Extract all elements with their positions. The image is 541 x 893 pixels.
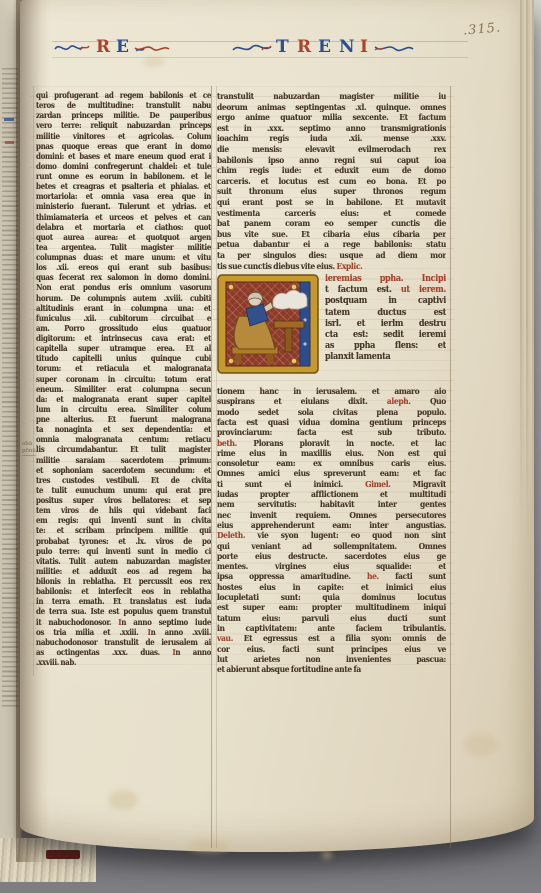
text-line: porte eius destructe. sacerdotes eius ge xyxy=(217,551,446,561)
text-line: zardan princeps militie. De pauperibus xyxy=(36,111,211,121)
body-text: lut arietes non invenientes pascua: xyxy=(217,654,446,664)
body-text: modo sedet sola civitas plena populo. xyxy=(217,407,446,417)
body-text: porte eius destructe. sacerdotes eius ge xyxy=(217,551,446,561)
body-text: tatem ductus est xyxy=(325,308,446,318)
text-line: nem servitutis: habitavit inter gentes xyxy=(217,499,446,509)
header-letter: T xyxy=(276,34,289,60)
text-line: mentes. virgines eius squalide: et xyxy=(217,561,446,571)
body-text: provinciarum: facta est sub tributo. xyxy=(217,427,446,437)
body-text: tea argentea. Tulit magister militie xyxy=(36,243,211,252)
text-line: titudo capitelli unius quinque cubi xyxy=(36,354,211,364)
body-text: facta est quasi vidua domina gentium pri… xyxy=(217,417,446,427)
text-line: suspirans et eiulans dixit. aleph. Quo xyxy=(217,396,446,406)
body-text: as ppha flens: et xyxy=(325,341,446,351)
body-text: bilonis in reblatha. Et percussit eos re… xyxy=(36,577,211,586)
vertical-ruling-line xyxy=(33,86,34,676)
body-text: lum in circuitu erea. Similiter colum xyxy=(36,405,211,414)
body-text: suspirans et eiulans dixit. xyxy=(217,396,387,406)
body-text: ta nonaginta et sex dependentia: et xyxy=(36,425,211,434)
body-text: betes et creagras et psalteria et phiala… xyxy=(36,182,211,191)
body-text: thimiamateria et urceos et pelves et can xyxy=(36,213,211,222)
body-text: ministerio fuerant. Tulerunt et ydrias. … xyxy=(36,202,211,211)
text-line: ministerio fuerant. Tulerunt et ydrias. … xyxy=(36,202,211,212)
text-line: est super eam: propter multitudinem iniq… xyxy=(217,602,446,612)
text-line: nec invenit requiem. Omnes persecutores xyxy=(217,510,446,520)
text-line: consoletur eam: ex omnibus caris eius. xyxy=(217,458,446,468)
text-line: qui veniant ad sollempnitatem. Omnes xyxy=(217,541,446,551)
body-text: nec invenit requiem. Omnes persecutores xyxy=(217,510,446,520)
rubric-text: Explic. xyxy=(336,261,362,271)
text-line: probabat tyrones: et .lx. viros de po xyxy=(36,537,211,547)
text-line: te tulit eunuchum unum: qui erat pre xyxy=(36,486,211,496)
body-text: zardan princeps militie. De pauperibus xyxy=(36,111,211,120)
body-text: in captivitatem: ante faciem tribulantis… xyxy=(217,623,446,633)
body-text: deorum animas septingentas .xl. quinque.… xyxy=(217,102,446,112)
body-text: .xxviii. nab. xyxy=(36,658,76,667)
text-line: babilonis: et interfecit eos in reblatha xyxy=(36,587,211,597)
text-line: provinciarum: facta est sub tributo. xyxy=(217,427,446,437)
text-line: bus vite sue. Et cibaria eius cibaria pe… xyxy=(217,229,446,240)
body-text: carceris. et locutus est cum eo bona. Et… xyxy=(217,176,446,186)
text-line: vestimenta carceris eius: et comede xyxy=(217,208,446,219)
text-line: Deleth. vie syon lugent: eo quod non sin… xyxy=(217,530,446,540)
body-text: vero terre: reliquit nabuzardan princeps xyxy=(36,121,211,130)
body-text: iudas propter afflictionem et multitudi xyxy=(217,489,446,499)
text-line: em regis: qui inventi sunt in civita xyxy=(36,516,211,526)
historiated-initial-E-icon xyxy=(217,274,319,374)
running-header: RE TRENI xyxy=(0,34,541,64)
body-text: est in .xxx. septimo anno transmigration… xyxy=(217,123,446,133)
body-text: facti sunt xyxy=(379,571,446,581)
text-line: digitorum: et intrinsecus cava erat: et xyxy=(36,334,211,344)
header-letter: R xyxy=(96,34,110,60)
body-text: cta est: sedit ieremi xyxy=(325,330,446,340)
body-text: consoletur eam: ex omnibus caris eius. xyxy=(217,458,446,468)
body-text: ergo anime quatuor milia sexcente. Et fa… xyxy=(217,112,446,122)
body-text: rime eius in maxillis eius. Non est qui xyxy=(217,448,446,458)
body-text: os tria milia et .xxiii. xyxy=(36,628,148,637)
body-text: pne alterius. Et fuerunt malograna xyxy=(36,415,211,424)
text-line: vero terre: reliquit nabuzardan princeps xyxy=(36,121,211,131)
text-line: ipsa oppressa amaritudine. he. facti sun… xyxy=(217,571,446,581)
body-text: qui profugerant ad regem babilonis et ce xyxy=(36,91,211,100)
text-line: columpnas duas: et mare unum: et vitu xyxy=(36,253,211,263)
body-text: ioachim regis iuda .xii. mense .xxv. xyxy=(217,133,446,143)
text-line: carceris. et locutus est cum eo bona. Et… xyxy=(217,176,446,187)
body-text: bus vite sue. Et cibaria eius cibaria pe… xyxy=(217,229,446,239)
text-line: die mensis: elevavit evilmerodach rex xyxy=(217,144,446,155)
body-text: te tulit eunuchum unum: qui erat pre xyxy=(36,486,211,495)
text-line: ergo anime quatuor milia sexcente. Et fa… xyxy=(217,112,446,123)
header-letter: N xyxy=(339,34,355,60)
header-flourish-icon xyxy=(374,40,414,56)
text-line: tea argentea. Tulit magister militie xyxy=(36,243,211,253)
body-text: quas fecerat rex salomon in domo domini. xyxy=(36,273,211,282)
text-line: altitudinis erant in columpna una: et xyxy=(36,304,211,314)
body-text: militie saraiam sacerdotem primum: xyxy=(36,456,211,465)
rubric-text: ut ierem. xyxy=(401,285,446,295)
rubric-text: ieremias ppha. Incipi xyxy=(325,274,446,284)
body-text: die mensis: elevavit evilmerodach rex xyxy=(217,144,446,154)
body-text: it nabuchodonosor. xyxy=(36,618,118,627)
header-flourish-icon xyxy=(232,40,272,56)
body-text: transtulit nabuzardan magister militie i… xyxy=(217,91,446,101)
text-line: teros de multitudine: transtulit nabu xyxy=(36,101,211,111)
rubric-text: beth. xyxy=(217,438,237,448)
text-line: beth. Plorans ploravit in nocte. et lac xyxy=(217,438,446,448)
text-line: iudas propter afflictionem et multitudi xyxy=(217,489,446,499)
body-text: nem servitutis: habitavit inter gentes xyxy=(217,499,446,509)
text-line: modo sedet sola civitas plena populo. xyxy=(217,407,446,417)
body-text: n anno xyxy=(175,648,211,657)
text-line: suit thronum eius super thronos regum xyxy=(217,186,446,197)
body-text: capitella super utramque erea. Et al xyxy=(36,344,211,353)
text-line: los .xii. ereos qui erant sub basibus: xyxy=(36,263,211,273)
body-text: eneum. Similiter erat columpna secun xyxy=(36,385,211,394)
text-line: bilonis in reblatha. Et percussit eos re… xyxy=(36,577,211,587)
body-text: mentes. virgines eius squalide: et xyxy=(217,561,446,571)
body-text: positus super viros bellatores: et sep xyxy=(36,496,211,505)
text-line: bat panem coram eo semper cunctis die xyxy=(217,218,446,229)
text-line: et sophoniam sacerdotem secundum: et xyxy=(36,466,211,476)
body-text: bat panem coram eo semper cunctis die xyxy=(217,218,446,228)
text-line: vitatis. Tulit autem nabuzardan magister xyxy=(36,557,211,567)
header-flourish-icon xyxy=(54,40,90,56)
text-line: super coronam in circuitu: totum erat xyxy=(36,375,211,385)
body-text: tatum eius: parvuli eius ducti sunt xyxy=(217,613,446,623)
body-text: tis sue cunctis diebus vite eius. xyxy=(217,261,336,271)
text-line: da: et malogranata erant super capitel xyxy=(36,395,211,405)
text-line: quot aurea aurea: et quotquot argen xyxy=(36,233,211,243)
body-text: qui veniant ad sollempnitatem. Omnes xyxy=(217,541,446,551)
text-line: nabuchodonosor transtulit de ierusalem a… xyxy=(36,638,211,648)
body-text: isrl. et ierlm destru xyxy=(325,319,446,329)
body-text: de terra sua. Iste est populus quem tran… xyxy=(36,607,211,616)
text-line: ti sunt ei inimici. Gimel. Migravit xyxy=(217,479,446,489)
body-text: locupletati sunt: quia dominus locutus xyxy=(217,592,446,602)
text-line: as octingentas .xxx. duas. In anno xyxy=(36,648,211,658)
body-text: tres custodes vestibuli. Et de civita xyxy=(36,476,211,485)
text-line: qui erant post se in babilone. Et mutavi… xyxy=(217,197,446,208)
manuscript-photo: RE TRENI .315. qui profugerant ad regem … xyxy=(0,0,541,893)
body-text: et abierunt absque fortitudine ante fa xyxy=(217,664,361,674)
body-text: ta per singulos dies: usque ad diem mor xyxy=(217,250,446,260)
body-text: titudo capitelli unius quinque cubi xyxy=(36,354,211,363)
body-text: quot aurea aurea: et quotquot argen xyxy=(36,233,211,242)
body-text: mortariola: et omnia vasa erea que in xyxy=(36,192,211,201)
text-line: betes et creagras et psalteria et phiala… xyxy=(36,182,211,192)
text-line: .xxviii. nab. xyxy=(36,658,211,668)
header-flourish-icon xyxy=(134,40,170,56)
text-line: horum. De columpnis autem .xviii. cubiti xyxy=(36,294,211,304)
body-text: lis circumdabantur. Et tulit magister xyxy=(36,445,211,454)
body-text: postquam in captivi xyxy=(325,296,446,306)
body-text: super coronam in circuitu: totum erat xyxy=(36,375,211,384)
vertical-ruling-line xyxy=(450,86,451,848)
text-line: mortariola: et omnia vasa erea que in xyxy=(36,192,211,202)
text-line: militie vinitores et agricolas. Colum xyxy=(36,132,211,142)
text-line: hostes eius in capite: et inimici eius xyxy=(217,582,446,592)
text-line: rime eius in maxillis eius. Non est qui xyxy=(217,448,446,458)
body-text: Omnes amici eius spreverunt eam: et fac xyxy=(217,468,446,478)
text-line: omnia malogranata centum: retiacu xyxy=(36,435,211,445)
rubric-text: Gimel. xyxy=(365,479,390,489)
body-text: pnas quoque ereas que erant in domo xyxy=(36,142,211,151)
text-line: ta per singulos dies: usque ad diem mor xyxy=(217,250,446,261)
text-line: de terra sua. Iste est populus quem tran… xyxy=(36,607,211,617)
facing-page-blue-mark xyxy=(4,118,14,121)
right-column-initial-block: ieremias ppha. Incipit factum est. ut ie… xyxy=(217,274,446,376)
text-line: runt omne es eorum in babilonem. et le xyxy=(36,172,211,182)
text-line: cor eius. facti sunt principes eius ve xyxy=(217,644,446,654)
illuminated-initial xyxy=(217,274,319,374)
body-text: est super eam: propter multitudinem iniq… xyxy=(217,602,446,612)
text-line: domo domini confregerunt chaldei: et tul… xyxy=(36,162,211,172)
body-text: as octingentas .xxx. duas. xyxy=(36,648,172,657)
text-line: chim regis iude: et eduxit eum de domo xyxy=(217,165,446,176)
body-text: probabat tyrones: et .lx. viros de po xyxy=(36,537,211,546)
body-text: n anno .xviii. xyxy=(151,628,211,637)
text-line: thimiamateria et urceos et pelves et can xyxy=(36,213,211,223)
body-text: vitatis. Tulit autem nabuzardan magister xyxy=(36,557,211,566)
text-line: qui profugerant ad regem babilonis et ce xyxy=(36,91,211,101)
body-text: digitorum: et intrinsecus cava erat: et xyxy=(36,334,211,343)
text-line: militie saraiam sacerdotem primum: xyxy=(36,456,211,466)
text-line: militie: et adduxit eos ad regem ba xyxy=(36,567,211,577)
text-line: pnas quoque ereas que erant in domo xyxy=(36,142,211,152)
body-text: da: et malogranata erant super capitel xyxy=(36,395,211,404)
text-column-right: transtulit nabuzardan magister militie i… xyxy=(217,91,446,674)
body-text: hostes eius in capite: et inimici eius xyxy=(217,582,446,592)
text-line: lis circumdabantur. Et tulit magister xyxy=(36,445,211,455)
margin-note-line: obā xyxy=(22,441,36,448)
body-text: babilonis: et interfecit eos in reblatha xyxy=(36,587,211,596)
body-text: am. Porro grossitudo eius quatuor xyxy=(36,324,211,333)
body-text: in terra emath. Et translatus est iuda xyxy=(36,597,211,606)
body-text: ipsa oppressa amaritudine. xyxy=(217,571,367,581)
body-text: horum. De columpnis autem .xviii. cubiti xyxy=(36,294,211,303)
text-line: in captivitatem: ante faciem tribulantis… xyxy=(217,623,446,633)
text-line: capitella super utramque erea. Et al xyxy=(36,344,211,354)
text-line: torum: et retiacula et malogranata xyxy=(36,364,211,374)
text-line: in terra emath. Et translatus est iuda xyxy=(36,597,211,607)
body-text: vie syon lugent: eo quod non sint xyxy=(245,530,446,540)
header-letter: I xyxy=(360,34,368,60)
text-line: et abierunt absque fortitudine ante fa xyxy=(217,664,446,674)
vertical-ruling-line xyxy=(211,86,212,848)
text-line: pne alterius. Et fuerunt malograna xyxy=(36,415,211,425)
header-letter: E xyxy=(318,34,331,60)
text-line: Non erat pondus eris omnium vasorum xyxy=(36,283,211,293)
body-text: vestimenta carceris eius: et comede xyxy=(217,208,446,218)
body-text: t factum est. xyxy=(325,285,401,295)
text-line: tres custodes vestibuli. Et de civita xyxy=(36,476,211,486)
parchment-stain xyxy=(108,790,138,810)
margin-note-line: pōnū xyxy=(22,448,36,455)
text-line: domini: et bases et mare eneum quod erat… xyxy=(36,152,211,162)
right-column-lower-text: tionem hanc in ierusalem. et amaro aiosu… xyxy=(217,386,446,674)
body-text: domo domini confregerunt chaldei: et tul… xyxy=(36,162,211,171)
body-text: cor eius. facti sunt principes eius ve xyxy=(217,644,446,654)
header-letter: E xyxy=(116,34,129,60)
text-line: tem viros de hiis qui videbant faci xyxy=(36,506,211,516)
text-line: facta est quasi vidua domina gentium pri… xyxy=(217,417,446,427)
body-text: funiculus .xii. cubitorum circuibat e xyxy=(36,314,211,323)
text-line: lut arietes non invenientes pascua: xyxy=(217,654,446,664)
text-line: tis sue cunctis diebus vite eius. Explic… xyxy=(217,261,446,272)
text-line: eius apprehenderunt eam: inter angustias… xyxy=(217,520,446,530)
text-line: deorum animas septingentas .xl. quinque.… xyxy=(217,102,446,113)
rubric-text: vau. xyxy=(217,633,233,643)
header-letter: R xyxy=(297,34,311,60)
body-text: pulo terre: qui inventi sunt in medio ci xyxy=(36,547,211,556)
text-line: vau. Et egressus est a filia syon: omnis… xyxy=(217,633,446,643)
text-line: petua dabantur ei a rege babilonis: stat… xyxy=(217,239,446,250)
body-text: ti sunt ei inimici. xyxy=(217,479,365,489)
binding-edge xyxy=(46,850,80,859)
body-text: Quo xyxy=(411,396,446,406)
facing-page-red-mark xyxy=(5,141,14,144)
rubric-text: aleph. xyxy=(387,396,411,406)
body-text: Plorans ploravit in nocte. et lac xyxy=(237,438,446,448)
body-text: petua dabantur ei a rege babilonis: stat… xyxy=(217,239,446,249)
body-text: tem viros de hiis qui videbant faci xyxy=(36,506,211,515)
margin-note: obā pōnū xyxy=(22,441,36,456)
body-text: domini: et bases et mare eneum quod erat… xyxy=(36,152,211,161)
body-text: columpnas duas: et mare unum: et vitu xyxy=(36,253,211,262)
text-column-left: qui profugerant ad regem babilonis et ce… xyxy=(36,91,211,668)
text-line: lum in circuitu erea. Similiter colum xyxy=(36,405,211,415)
text-line: os tria milia et .xxiii. In anno .xviii. xyxy=(36,628,211,638)
body-text: n anno septimo iude xyxy=(121,618,211,627)
text-line: locupletati sunt: quia dominus locutus xyxy=(217,592,446,602)
body-text: teros de multitudine: transtulit nabu xyxy=(36,101,211,110)
body-text: planxit lamenta xyxy=(325,352,390,362)
text-line: positus super viros bellatores: et sep xyxy=(36,496,211,506)
body-text: em regis: qui inventi sunt in civita xyxy=(36,516,211,525)
body-text: et sophoniam sacerdotem secundum: et xyxy=(36,466,211,475)
body-text: militie: et adduxit eos ad regem ba xyxy=(36,567,211,576)
body-text: qui erant post se in babilone. Et mutavi… xyxy=(217,197,446,207)
body-text: runt omne es eorum in babilonem. et le xyxy=(36,172,211,181)
text-line: est in .xxx. septimo anno transmigration… xyxy=(217,123,446,134)
body-text: chim regis iude: et eduxit eum de domo xyxy=(217,165,446,175)
text-line: funiculus .xii. cubitorum circuibat e xyxy=(36,314,211,324)
body-text: Et egressus est a filia syon: omnis de xyxy=(233,633,446,643)
text-line: ta nonaginta et sex dependentia: et xyxy=(36,425,211,435)
fore-edge-page-stack xyxy=(518,0,534,540)
text-line: eneum. Similiter erat columpna secun xyxy=(36,385,211,395)
body-text: delabra et mortaria et ciathos: quot xyxy=(36,223,211,232)
body-text: militie vinitores et agricolas. Colum xyxy=(36,132,211,141)
text-line: te: et scribam principem militie qui xyxy=(36,526,211,536)
body-text: tionem hanc in ierusalem. et amaro aio xyxy=(217,386,446,396)
text-line: it nabuchodonosor. In anno septimo iude xyxy=(36,618,211,628)
text-line: pulo terre: qui inventi sunt in medio ci xyxy=(36,547,211,557)
body-text: los .xii. ereos qui erant sub basibus: xyxy=(36,263,211,272)
text-line: ioachim regis iuda .xii. mense .xxv. xyxy=(217,133,446,144)
body-text: Migravit xyxy=(391,479,446,489)
rubric-text: he. xyxy=(367,571,379,581)
body-text: nabuchodonosor transtulit de ierusalem a… xyxy=(36,638,211,647)
parchment-stain xyxy=(188,840,230,853)
body-text: altitudinis erant in columpna una: et xyxy=(36,304,211,313)
text-line: tatum eius: parvuli eius ducti sunt xyxy=(217,613,446,623)
parchment-stain xyxy=(464,733,498,757)
parchment-stain xyxy=(322,851,332,859)
text-line: babilonis ipso anno regni sui caput ioa xyxy=(217,155,446,166)
body-text: te: et scribam principem militie qui xyxy=(36,526,211,535)
text-line: quas fecerat rex salomon in domo domini. xyxy=(36,273,211,283)
text-line: delabra et mortaria et ciathos: quot xyxy=(36,223,211,233)
body-text: babilonis ipso anno regni sui caput ioa xyxy=(217,155,446,165)
body-text: eius apprehenderunt eam: inter angustias… xyxy=(217,520,446,530)
body-text: omnia malogranata centum: retiacu xyxy=(36,435,211,444)
body-text: suit thronum eius super thronos regum xyxy=(217,186,446,196)
text-line: transtulit nabuzardan magister militie i… xyxy=(217,91,446,102)
text-line: am. Porro grossitudo eius quatuor xyxy=(36,324,211,334)
text-line: Omnes amici eius spreverunt eam: et fac xyxy=(217,468,446,478)
right-column-upper-text: transtulit nabuzardan magister militie i… xyxy=(217,91,446,271)
body-text: Non erat pondus eris omnium vasorum xyxy=(36,283,211,292)
body-text: torum: et retiacula et malogranata xyxy=(36,364,211,373)
text-line: tionem hanc in ierusalem. et amaro aio xyxy=(217,386,446,396)
rubric-text: Deleth. xyxy=(217,530,245,540)
